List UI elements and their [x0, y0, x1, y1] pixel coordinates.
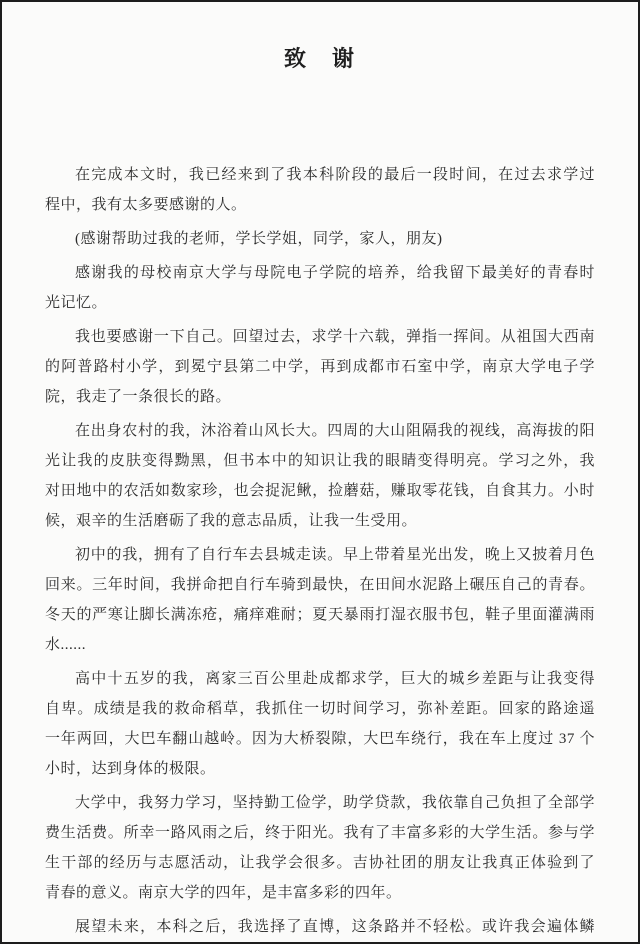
paragraph: 我也要感谢一下自己。回望过去，求学十六载，弹指一挥间。从祖国大西南 的阿普路村小… [45, 322, 595, 412]
paragraph: 在完成本文时，我已经来到了我本科阶段的最后一段时间，在过去求学过 程中，我有太多… [45, 160, 595, 220]
text-line: 在出身农村的我，沐浴着山风长大。四周的大山阻隔我的视线，高海拔的阳 [45, 416, 595, 446]
text-line: 对田地中的农活如数家珍，也会捉泥鳅，捡蘑菇，赚取零花钱，自食其力。小时 [45, 476, 595, 506]
text-line: 青春的意义。南京大学的四年，是丰富多彩的四年。 [45, 878, 595, 908]
paragraph: 感谢我的母校南京大学与母院电子学院的培养，给我留下最美好的青春时 光记忆。 [45, 258, 595, 318]
document-page: 致 谢 在完成本文时，我已经来到了我本科阶段的最后一段时间，在过去求学过 程中，… [0, 0, 640, 944]
text-line: 水...... [45, 630, 595, 660]
text-line: 院，我走了一条很长的路。 [45, 382, 595, 412]
text-line: 候，艰辛的生活磨砺了我的意志品质，让我一生受用。 [45, 506, 595, 536]
text-line: 费生活费。所幸一路风雨之后，终于阳光。我有了丰富多彩的大学生活。参与学 [45, 818, 595, 848]
text-line: 在完成本文时，我已经来到了我本科阶段的最后一段时间，在过去求学过 [45, 160, 595, 190]
text-line: 高中十五岁的我，离家三百公里赴成都求学，巨大的城乡差距与让我变得 [45, 664, 595, 694]
text-line: 冬天的严寒让脚长满冻疮，痛痒难耐；夏天暴雨打湿衣服书包，鞋子里面灌满雨 [45, 600, 595, 630]
paragraph: (感谢帮助过我的老师，学长学姐，同学，家人，朋友) [45, 224, 595, 254]
text-line: 光让我的皮肤变得黝黑，但书本中的知识让我的眼睛变得明亮。学习之外，我 [45, 446, 595, 476]
paragraph: 展望未来，本科之后，我选择了直博，这条路并不轻松。或许我会遍体鳞 [45, 912, 595, 942]
paragraph: 高中十五岁的我，离家三百公里赴成都求学，巨大的城乡差距与让我变得 自卑。成绩是我… [45, 664, 595, 784]
text-line: 自卑。成绩是我的救命稻草，我抓住一切时间学习，弥补差距。回家的路途遥远， [45, 694, 595, 724]
text-line: 一年两回，大巴车翻山越岭。因为大桥裂隙，大巴车绕行，我在车上度过 37 个 [45, 724, 595, 754]
text-line: (感谢帮助过我的老师，学长学姐，同学，家人，朋友) [45, 224, 595, 254]
text-line: 的阿普路村小学，到冕宁县第二中学，再到成都市石室中学，南京大学电子学 [45, 352, 595, 382]
acknowledgements-title: 致 谢 [45, 44, 595, 74]
paragraph: 在出身农村的我，沐浴着山风长大。四周的大山阻隔我的视线，高海拔的阳 光让我的皮肤… [45, 416, 595, 536]
text-line: 大学中，我努力学习，坚持勤工俭学，助学贷款，我依靠自己负担了全部学 [45, 788, 595, 818]
document-body: 在完成本文时，我已经来到了我本科阶段的最后一段时间，在过去求学过 程中，我有太多… [45, 160, 595, 942]
text-line: 生干部的经历与志愿活动，让我学会很多。吉协社团的朋友让我真正体验到了 [45, 848, 595, 878]
text-line: 初中的我，拥有了自行车去县城走读。早上带着星光出发，晚上又披着月色 [45, 540, 595, 570]
paragraph: 初中的我，拥有了自行车去县城走读。早上带着星光出发，晚上又披着月色 回来。三年时… [45, 540, 595, 660]
paragraph: 大学中，我努力学习，坚持勤工俭学，助学贷款，我依靠自己负担了全部学 费生活费。所… [45, 788, 595, 908]
text-line: 程中，我有太多要感谢的人。 [45, 190, 595, 220]
text-line: 光记忆。 [45, 288, 595, 318]
text-line: 我也要感谢一下自己。回望过去，求学十六载，弹指一挥间。从祖国大西南 [45, 322, 595, 352]
text-line: 小时，达到身体的极限。 [45, 754, 595, 784]
text-line: 回来。三年时间，我拼命把自行车骑到最快，在田间水泥路上碾压自己的青春。 [45, 570, 595, 600]
text-line: 展望未来，本科之后，我选择了直博，这条路并不轻松。或许我会遍体鳞 [45, 912, 595, 942]
text-line: 感谢我的母校南京大学与母院电子学院的培养，给我留下最美好的青春时 [45, 258, 595, 288]
